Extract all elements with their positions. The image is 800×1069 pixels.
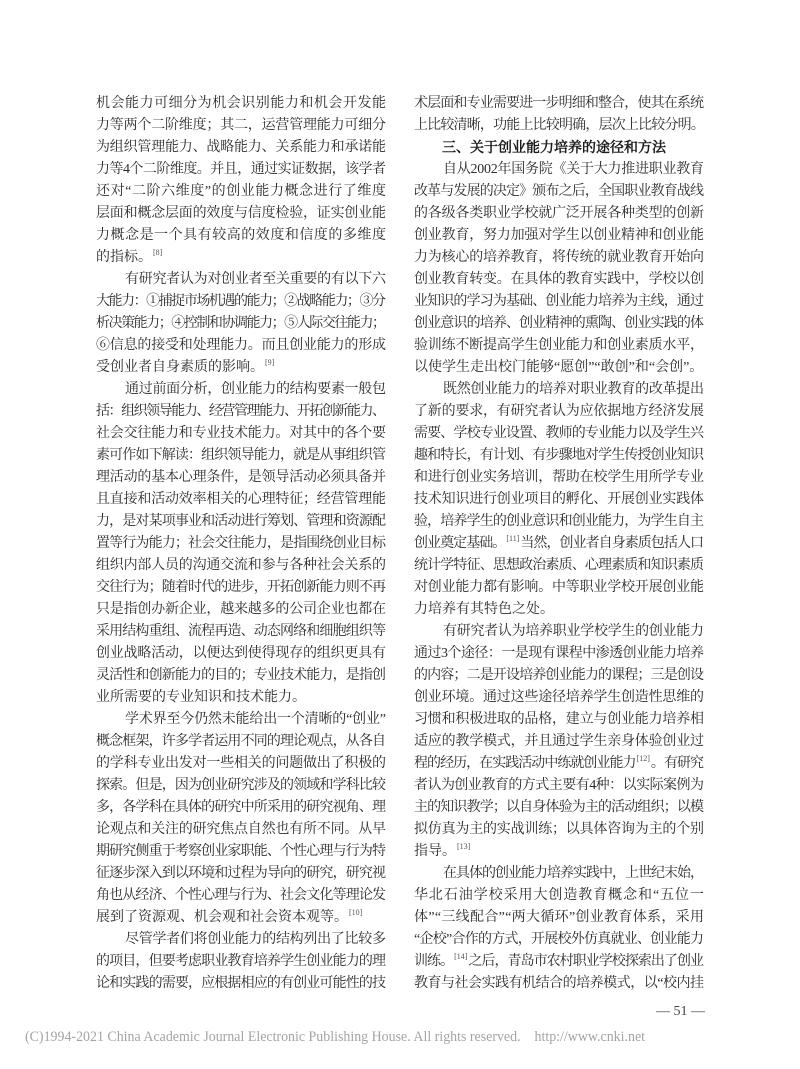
line-content: 验训练不断提高学生创业能力和创业素质水平， [414,338,704,353]
line-content: 的学科专业出发对一些相关的问题做出了积极的 [96,756,386,771]
line-content: 既然创业能力的培养对职业教育的改革提出 [443,382,704,397]
text-line: 华北石油学校采用大创造教育概念和“五位一 [414,885,704,907]
line-content: 为组织管理能力、战略能力、关系能力和承诺能 [96,140,386,155]
text-segment: 适应的教学模式，并且通过学生亲身体验创业过 [414,734,704,749]
text-segment: 组织内部人员的沟通交流和参与各种社会关系的 [96,558,386,573]
line-content: 组织内部人员的沟通交流和参与各种社会关系的 [96,558,386,573]
text-segment: 力培养有其特色之处。 [414,602,554,617]
paragraph: 在具体的创业能力培养实践中，上世纪末始，华北石油学校采用大创造教育概念和“五位一… [414,863,704,995]
text-line: 指导。[13] [414,841,704,863]
line-content: 验，培养学生的创业意识和创业能力，为学生自主 [414,514,703,529]
text-segment: 为组织管理能力、战略能力、关系能力和承诺能 [96,140,386,155]
text-segment: 者认为创业教育的方式主要有4种：以实际案例为 [414,778,703,793]
text-line: 通过3个途径：一是现有课程中渗透创业能力培养 [414,643,704,665]
line-content: 通过前面分析，创业能力的结构要素一般包 [125,382,386,397]
paragraph: 尽管学者们将创业能力的结构列出了比较多的项目，但要考虑职业教育培养学生创业能力的… [96,929,386,995]
text-segment: 创业教育转变。在具体的教育实践中，学校以创 [414,272,704,287]
text-segment: 创业奠定基础。 [414,536,505,551]
text-line: 技术知识进行创业项目的孵化、开展创业实践体 [414,489,704,511]
text-line: 角也从经济、个性心理与行为、社会文化等理论发 [96,885,386,907]
text-segment: 括：组织领导能力、经营管理能力、开拓创新能力、 [96,404,385,419]
text-line: 统计学特征、思想政治素质、心理素质和知识素质 [414,555,704,577]
line-content: 拟仿真为主的实战训练；以具体咨询为主的个别 [414,822,704,837]
text-line: 和进行创业实务培训，帮助在校学生用所学专业 [414,467,704,489]
text-segment: 灵活性和创新能力的目的；专业技术能力，是指创 [96,668,385,683]
text-segment: 通过3个途径：一是现有课程中渗透创业能力培养 [414,646,703,661]
text-segment: 还对“二阶六维度”的创业能力概念进行了维度 [96,184,387,199]
text-line: 多，各学科在具体的研究中所采用的研究视角、理 [96,797,386,819]
text-segment: 角也从经济、个性心理与行为、社会文化等理论发 [96,888,385,903]
line-content: 主的知识教学；以自身体验为主的活动组织；以模 [414,800,703,815]
line-content: 学术界至今仍然未能给出一个清晰的“创业” [125,712,386,727]
line-content: 社会交往能力和专业技术能力。对其中的各个要 [96,426,386,441]
citation-marker: [13] [456,842,471,851]
line-content: 的项目，但要考虑职业教育培养学生创业能力的理 [96,954,385,969]
line-content: 机会能力可细分为机会识别能力和机会开发能 [96,96,387,111]
text-segment: 和进行创业实务培训，帮助在校学生用所学专业 [414,470,704,485]
text-line: 且直接和活动效率相关的心理特征；经营管理能 [96,489,386,511]
line-content: 展到了资源观、机会观和社会资本观等。[10] [96,910,363,925]
text-line: 通过前面分析，创业能力的结构要素一般包 [96,379,386,401]
text-segment: 力概念是一个具有较高的效度和信度的多维度 [96,228,387,243]
text-line: 的各级各类职业学校就广泛开展各种类型的创新 [414,203,704,225]
copyright-footer: (C)1994-2021 China Academic Journal Elec… [25,1027,645,1047]
text-line: 素可作如下解读：组织领导能力，就是从事组织管 [96,445,386,467]
line-content: 者认为创业教育的方式主要有4种：以实际案例为 [414,778,703,793]
text-line: 力等4个二阶维度。并且，通过实证数据，该学者 [96,159,386,181]
line-content: 程的经历，在实践活动中练就创业能力[12]。有研究 [414,756,703,771]
text-segment: 验，培养学生的创业意识和创业能力，为学生自主 [414,514,703,529]
paragraph: 术层面和专业需要进一步明细和整合，使其在系统上比较清晰，功能上比较明确，层次上比… [414,93,704,137]
text-segment: 力，是对某项事业和活动进行筹划、管理和资源配 [96,514,385,529]
text-segment: 改革与发展的决定》颁布之后，全国职业教育战线 [414,184,703,199]
text-line: 业所需要的专业知识和技术能力。 [96,687,386,709]
text-segment: 在具体的创业能力培养实践中，上世纪末始， [443,866,703,881]
line-content: 有研究者认为对创业者至关重要的有以下六 [125,272,386,287]
text-line: 创业教育转变。在具体的教育实践中，学校以创 [414,269,704,291]
line-content: ⑥信息的接受和处理能力。而且创业能力的形成 [96,338,386,353]
text-segment: 社会交往能力和专业技术能力。对其中的各个要 [96,426,386,441]
line-content: 概念框架，许多学者运用不同的理论观点，从各自 [96,734,385,749]
text-line: 改革与发展的决定》颁布之后，全国职业教育战线 [414,181,704,203]
text-line: 业知识的学习为基础、创业能力培养为主线，通过 [414,291,704,313]
text-line: 只是指创办新企业，越来越多的公司企业也都在 [96,599,386,621]
text-line: 概念框架，许多学者运用不同的理论观点，从各自 [96,731,386,753]
line-content: 力为核心的培养教育，将传统的就业教育开始向 [414,250,704,265]
line-content: 体”“三线配合”“两大循环”创业教育体系，采用 [414,910,704,925]
line-content: 且直接和活动效率相关的心理特征；经营管理能 [96,492,386,507]
line-content: 创业奠定基础。[11]当然，创业者自身素质包括人口 [414,536,703,551]
paragraph: 有研究者认为对创业者至关重要的有以下六大能力：①捕捉市场机遇的能力；②战略能力；… [96,269,386,379]
line-content: 征逐步深入到以环境和过程为导向的研究，研究视 [96,866,385,881]
text-segment: 验训练不断提高学生创业能力和创业素质水平， [414,338,704,353]
line-content: 期研究侧重于考察创业家职能、个性心理与行为特 [96,844,385,859]
line-content: 力等4个二阶维度。并且，通过实证数据，该学者 [96,162,385,177]
text-segment: 论和实践的需要，应根据相应的有创业可能性的技 [96,976,385,991]
text-segment: 指导。 [414,844,456,859]
text-line: 的指标。[8] [96,247,386,269]
text-line: ⑥信息的接受和处理能力。而且创业能力的形成 [96,335,386,357]
text-segment: 的各级各类职业学校就广泛开展各种类型的创新 [414,206,704,221]
text-segment: 技术知识进行创业项目的孵化、开展创业实践体 [414,492,704,507]
text-segment: 只是指创办新企业，越来越多的公司企业也都在 [96,602,386,617]
text-line: 灵活性和创新能力的目的；专业技术能力，是指创 [96,665,386,687]
line-content: 在具体的创业能力培养实践中，上世纪末始， [443,866,703,881]
text-line: 大能力：①捕捉市场机遇的能力；②战略能力；③分 [96,291,386,313]
text-line: 创业环境。通过这些途径培养学生创造性思维的 [414,687,704,709]
text-line: 期研究侧重于考察创业家职能、个性心理与行为特 [96,841,386,863]
journal-page: 机会能力可细分为机会识别能力和机会开发能力等两个二阶维度；其二，运营管理能力可细… [0,0,800,1069]
text-line: 受创业者自身素质的影响。[9] [96,357,386,379]
text-line: 机会能力可细分为机会识别能力和机会开发能 [96,93,386,115]
line-content: 通过3个途径：一是现有课程中渗透创业能力培养 [414,646,703,661]
text-segment: 业知识的学习为基础、创业能力培养为主线，通过 [414,294,703,309]
text-segment: 程的经历，在实践活动中练就创业能力 [414,756,636,771]
line-content: 括：组织领导能力、经营管理能力、开拓创新能力、 [96,404,385,419]
paragraph: 机会能力可细分为机会识别能力和机会开发能力等两个二阶维度；其二，运营管理能力可细… [96,93,386,269]
text-segment: 期研究侧重于考察创业家职能、个性心理与行为特 [96,844,385,859]
text-segment: 大能力：①捕捉市场机遇的能力；②战略能力；③分 [96,294,385,309]
line-content: 指导。[13] [414,844,471,859]
text-line: “企校”合作的方式，开展校外仿真就业、创业能力 [414,929,704,951]
text-segment: 自从2002年国务院《关于大力推进职业教育 [443,162,704,177]
text-line: 探索。但是，因为创业研究涉及的领域和学科比较 [96,775,386,797]
text-line: 验训练不断提高学生创业能力和创业素质水平， [414,335,704,357]
text-segment: 有研究者认为对创业者至关重要的有以下六 [125,272,386,287]
line-content: 创业教育，努力加强对学生以创业精神和创业能 [414,228,704,243]
text-line: 论观点和关注的研究焦点自然也有所不同。从早 [96,819,386,841]
text-segment: 力为核心的培养教育，将传统的就业教育开始向 [414,250,704,265]
text-line: 在具体的创业能力培养实践中，上世纪末始， [414,863,704,885]
paragraph: 自从2002年国务院《关于大力推进职业教育改革与发展的决定》颁布之后，全国职业教… [414,159,704,379]
line-content: 业所需要的专业知识和技术能力。 [96,690,306,705]
line-content: 创业教育转变。在具体的教育实践中，学校以创 [414,272,704,287]
text-segment: 概念框架，许多学者运用不同的理论观点，从各自 [96,734,385,749]
text-segment: ⑥信息的接受和处理能力。而且创业能力的形成 [96,338,386,353]
text-segment: 对创业能力都有影响。中等职业学校开展创业能 [414,580,704,595]
text-segment: “企校”合作的方式，开展校外仿真就业、创业能力 [414,932,703,947]
text-segment: 力等两个二阶维度；其二，运营管理能力可细分 [96,118,386,133]
line-content: 力培养有其特色之处。 [414,602,554,617]
text-line: 力为核心的培养教育，将传统的就业教育开始向 [414,247,704,269]
page-number: — 51 — [656,1001,705,1023]
text-segment: 主的知识教学；以自身体验为主的活动组织；以模 [414,800,703,815]
text-segment: 教育与社会实践有机结合的培养模式，以“校内挂 [414,976,704,991]
text-line: 有研究者认为对创业者至关重要的有以下六 [96,269,386,291]
text-segment: 力等4个二阶维度。并且，通过实证数据，该学者 [96,162,385,177]
text-segment: 以使学生走出校门能够“愿创”“敢创”和“会创”。 [414,360,703,375]
line-content: 理活动的基本心理条件，是领导活动必须具备并 [96,470,386,485]
text-segment: 论观点和关注的研究焦点自然也有所不同。从早 [96,822,386,837]
line-content: 素可作如下解读：组织领导能力，就是从事组织管 [96,448,385,463]
text-line: 者认为创业教育的方式主要有4种：以实际案例为 [414,775,704,797]
line-content: 技术知识进行创业项目的孵化、开展创业实践体 [414,492,704,507]
text-segment: 。有研究 [651,756,703,771]
text-line: 术层面和专业需要进一步明细和整合，使其在系统 [414,93,704,115]
citation-marker: [14] [453,952,468,961]
text-line: 置等行为能力；社会交往能力，是指围绕创业目标 [96,533,386,555]
line-content: 角也从经济、个性心理与行为、社会文化等理论发 [96,888,385,903]
line-content: 对创业能力都有影响。中等职业学校开展创业能 [414,580,704,595]
text-line: 体”“三线配合”“两大循环”创业教育体系，采用 [414,907,704,929]
text-segment: 创业意识的培养、创业精神的熏陶、创业实践的体 [414,316,703,331]
line-content: 和进行创业实务培训，帮助在校学生用所学专业 [414,470,704,485]
text-segment: 探索。但是，因为创业研究涉及的领域和学科比较 [96,778,385,793]
line-content: 论和实践的需要，应根据相应的有创业可能性的技 [96,976,385,991]
text-segment: 当然，创业者自身素质包括人口 [520,536,703,551]
paragraph: 有研究者认为培养职业学校学生的创业能力通过3个途径：一是现有课程中渗透创业能力培… [414,621,704,863]
text-line: 的项目，但要考虑职业教育培养学生创业能力的理 [96,951,386,973]
text-segment: 的指标。 [96,250,152,265]
text-line: 力等两个二阶维度；其二，运营管理能力可细分 [96,115,386,137]
text-line: 尽管学者们将创业能力的结构列出了比较多 [96,929,386,951]
text-line: 论和实践的需要，应根据相应的有创业可能性的技 [96,973,386,995]
line-content: 析决策能力；④控制和协调能力；⑤人际交往能力； [96,316,385,331]
line-content: 业知识的学习为基础、创业能力培养为主线，通过 [414,294,703,309]
line-content: 趣和特长，有计划、有步骤地对学生传授创业知识 [414,448,703,463]
line-content: 灵活性和创新能力的目的；专业技术能力，是指创 [96,668,385,683]
text-line: 层面和概念层面的效度与信度检验，证实创业能 [96,203,386,225]
text-line: 以使学生走出校门能够“愿创”“敢创”和“会创”。 [414,357,704,379]
text-segment: 受创业者自身素质的影响。 [96,360,264,375]
text-segment: 训练。 [414,954,453,969]
line-content: 自从2002年国务院《关于大力推进职业教育 [443,162,704,177]
text-line: 验，培养学生的创业意识和创业能力，为学生自主 [414,511,704,533]
text-segment: 创业环境。通过这些途径培养学生创造性思维的 [414,690,704,705]
line-content: 交往行为；随着时代的进步，开拓创新能力则不再 [96,580,385,595]
line-content: 适应的教学模式，并且通过学生亲身体验创业过 [414,734,704,749]
line-content: 受创业者自身素质的影响。[9] [96,360,275,375]
citation-marker: [9] [264,358,275,367]
text-line: 上比较清晰，功能上比较明确，层次上比较分明。 [414,115,704,137]
text-line: 主的知识教学；以自身体验为主的活动组织；以模 [414,797,704,819]
line-content: 训练。[14]之后，青岛市农村职业学校探索出了创业 [414,954,703,969]
text-line: 既然创业能力的培养对职业教育的改革提出 [414,379,704,401]
paragraph: 学术界至今仍然未能给出一个清晰的“创业”概念框架，许多学者运用不同的理论观点，从… [96,709,386,929]
paragraph: 通过前面分析，创业能力的结构要素一般包括：组织领导能力、经营管理能力、开拓创新能… [96,379,386,709]
citation-marker: [10] [348,908,363,917]
citation-marker: [11] [505,534,520,543]
text-segment: 的项目，但要考虑职业教育培养学生创业能力的理 [96,954,385,969]
text-segment: 创业战略活动，以便达到使得现存的组织更具有 [96,646,386,661]
text-line: 创业战略活动，以便达到使得现存的组织更具有 [96,643,386,665]
text-segment: 的学科专业出发对一些相关的问题做出了积极的 [96,756,386,771]
text-segment: 了新的要求，有研究者认为应依据地方经济发展 [414,404,704,419]
text-segment: 展到了资源观、机会观和社会资本观等。 [96,910,348,925]
line-content: 探索。但是，因为创业研究涉及的领域和学科比较 [96,778,385,793]
text-segment: 有研究者认为培养职业学校学生的创业能力 [443,624,704,639]
text-segment: 置等行为能力；社会交往能力，是指围绕创业目标 [96,536,385,551]
line-content: 上比较清晰，功能上比较明确，层次上比较分明。 [414,118,704,133]
text-segment: 多，各学科在具体的研究中所采用的研究视角、理 [96,800,385,815]
text-segment: 创业教育，努力加强对学生以创业精神和创业能 [414,228,704,243]
text-segment: 的内容；二是开设培养创业能力的课程；三是创设 [414,668,703,683]
text-segment: 需要、学校专业设置、教师的专业能力以及学生兴 [414,426,703,441]
text-segment: 析决策能力；④控制和协调能力；⑤人际交往能力； [96,316,385,331]
text-line: 创业意识的培养、创业精神的熏陶、创业实践的体 [414,313,704,335]
line-content: 术层面和专业需要进一步明细和整合，使其在系统 [414,96,703,111]
line-content: 的各级各类职业学校就广泛开展各种类型的创新 [414,206,704,221]
text-line: 的内容；二是开设培养创业能力的课程；三是创设 [414,665,704,687]
line-content: 华北石油学校采用大创造教育概念和“五位一 [414,888,705,903]
text-segment: 统计学特征、思想政治素质、心理素质和知识素质 [414,558,703,573]
citation-marker: [8] [152,248,163,257]
text-line: 理活动的基本心理条件，是领导活动必须具备并 [96,467,386,489]
right-text-column: 术层面和专业需要进一步明细和整合，使其在系统上比较清晰，功能上比较明确，层次上比… [414,93,704,995]
left-text-column: 机会能力可细分为机会识别能力和机会开发能力等两个二阶维度；其二，运营管理能力可细… [96,93,386,995]
text-segment: 之后，青岛市农村职业学校探索出了创业 [468,954,703,969]
citation-marker: [12] [636,754,651,763]
text-segment: 华北石油学校采用大创造教育概念和“五位一 [414,888,705,903]
text-segment: 机会能力可细分为机会识别能力和机会开发能 [96,96,387,111]
line-content: 尽管学者们将创业能力的结构列出了比较多 [125,932,386,947]
text-segment: 既然创业能力的培养对职业教育的改革提出 [443,382,704,397]
text-line: 组织内部人员的沟通交流和参与各种社会关系的 [96,555,386,577]
text-line: 展到了资源观、机会观和社会资本观等。[10] [96,907,386,929]
line-content: 改革与发展的决定》颁布之后，全国职业教育战线 [414,184,703,199]
line-content: 还对“二阶六维度”的创业能力概念进行了维度 [96,184,387,199]
text-line: 采用结构重组、流程再造、动态网络和细胞组织等 [96,621,386,643]
text-segment: 理活动的基本心理条件，是领导活动必须具备并 [96,470,386,485]
text-segment: 术层面和专业需要进一步明细和整合，使其在系统 [414,96,703,111]
text-segment: 学术界至今仍然未能给出一个清晰的“创业” [125,712,386,727]
line-content: 统计学特征、思想政治素质、心理素质和知识素质 [414,558,703,573]
line-content: 力等两个二阶维度；其二，运营管理能力可细分 [96,118,386,133]
paragraph: 既然创业能力的培养对职业教育的改革提出了新的要求，有研究者认为应依据地方经济发展… [414,379,704,621]
text-segment: 业所需要的专业知识和技术能力。 [96,690,306,705]
text-segment: 趣和特长，有计划、有步骤地对学生传授创业知识 [414,448,703,463]
text-line: 了新的要求，有研究者认为应依据地方经济发展 [414,401,704,423]
text-line: 趣和特长，有计划、有步骤地对学生传授创业知识 [414,445,704,467]
section-heading: 三、关于创业能力培养的途径和方法 [414,137,704,159]
text-line: 创业奠定基础。[11]当然，创业者自身素质包括人口 [414,533,704,555]
text-segment: 征逐步深入到以环境和过程为导向的研究，研究视 [96,866,385,881]
text-line: 力，是对某项事业和活动进行筹划、管理和资源配 [96,511,386,533]
text-line: 习惯和积极进取的品格，建立与创业能力培养相 [414,709,704,731]
text-line: 教育与社会实践有机结合的培养模式，以“校内挂 [414,973,704,995]
text-line: 有研究者认为培养职业学校学生的创业能力 [414,621,704,643]
line-content: 创业意识的培养、创业精神的熏陶、创业实践的体 [414,316,703,331]
text-line: 自从2002年国务院《关于大力推进职业教育 [414,159,704,181]
line-content: 采用结构重组、流程再造、动态网络和细胞组织等 [96,624,385,639]
text-line: 学术界至今仍然未能给出一个清晰的“创业” [96,709,386,731]
line-content: 置等行为能力；社会交往能力，是指围绕创业目标 [96,536,385,551]
line-content: 大能力：①捕捉市场机遇的能力；②战略能力；③分 [96,294,385,309]
line-content: 的指标。[8] [96,250,163,265]
text-segment: 交往行为；随着时代的进步，开拓创新能力则不再 [96,580,385,595]
text-line: 社会交往能力和专业技术能力。对其中的各个要 [96,423,386,445]
line-content: 以使学生走出校门能够“愿创”“敢创”和“会创”。 [414,360,703,375]
line-content: “企校”合作的方式，开展校外仿真就业、创业能力 [414,932,703,947]
text-line: 程的经历，在实践活动中练就创业能力[12]。有研究 [414,753,704,775]
line-content: 习惯和积极进取的品格，建立与创业能力培养相 [414,712,704,727]
text-line: 适应的教学模式，并且通过学生亲身体验创业过 [414,731,704,753]
line-content: 多，各学科在具体的研究中所采用的研究视角、理 [96,800,385,815]
text-line: 析决策能力；④控制和协调能力；⑤人际交往能力； [96,313,386,335]
line-content: 有研究者认为培养职业学校学生的创业能力 [443,624,704,639]
text-line: 征逐步深入到以环境和过程为导向的研究，研究视 [96,863,386,885]
text-segment: 采用结构重组、流程再造、动态网络和细胞组织等 [96,624,385,639]
text-line: 力概念是一个具有较高的效度和信度的多维度 [96,225,386,247]
text-line: 对创业能力都有影响。中等职业学校开展创业能 [414,577,704,599]
text-line: 的学科专业出发对一些相关的问题做出了积极的 [96,753,386,775]
text-segment: 通过前面分析，创业能力的结构要素一般包 [125,382,386,397]
text-line: 交往行为；随着时代的进步，开拓创新能力则不再 [96,577,386,599]
text-line: 为组织管理能力、战略能力、关系能力和承诺能 [96,137,386,159]
text-line: 力培养有其特色之处。 [414,599,704,621]
text-segment: 习惯和积极进取的品格，建立与创业能力培养相 [414,712,704,727]
text-line: 训练。[14]之后，青岛市农村职业学校探索出了创业 [414,951,704,973]
text-line: 还对“二阶六维度”的创业能力概念进行了维度 [96,181,386,203]
line-content: 教育与社会实践有机结合的培养模式，以“校内挂 [414,976,704,991]
line-content: 论观点和关注的研究焦点自然也有所不同。从早 [96,822,386,837]
line-content: 创业环境。通过这些途径培养学生创造性思维的 [414,690,704,705]
line-content: 力，是对某项事业和活动进行筹划、管理和资源配 [96,514,385,529]
line-content: 创业战略活动，以便达到使得现存的组织更具有 [96,646,386,661]
text-segment: 上比较清晰，功能上比较明确，层次上比较分明。 [414,118,704,133]
text-segment: 尽管学者们将创业能力的结构列出了比较多 [125,932,386,947]
line-content: 了新的要求，有研究者认为应依据地方经济发展 [414,404,704,419]
text-segment: 拟仿真为主的实战训练；以具体咨询为主的个别 [414,822,704,837]
text-segment: 层面和概念层面的效度与信度检验，证实创业能 [96,206,386,221]
text-line: 需要、学校专业设置、教师的专业能力以及学生兴 [414,423,704,445]
text-segment: 且直接和活动效率相关的心理特征；经营管理能 [96,492,386,507]
line-content: 只是指创办新企业，越来越多的公司企业也都在 [96,602,386,617]
text-segment: 体”“三线配合”“两大循环”创业教育体系，采用 [414,910,704,925]
text-line: 拟仿真为主的实战训练；以具体咨询为主的个别 [414,819,704,841]
line-content: 力概念是一个具有较高的效度和信度的多维度 [96,228,387,243]
line-content: 需要、学校专业设置、教师的专业能力以及学生兴 [414,426,703,441]
text-line: 创业教育，努力加强对学生以创业精神和创业能 [414,225,704,247]
text-line: 括：组织领导能力、经营管理能力、开拓创新能力、 [96,401,386,423]
text-segment: 素可作如下解读：组织领导能力，就是从事组织管 [96,448,385,463]
line-content: 的内容；二是开设培养创业能力的课程；三是创设 [414,668,703,683]
line-content: 层面和概念层面的效度与信度检验，证实创业能 [96,206,386,221]
